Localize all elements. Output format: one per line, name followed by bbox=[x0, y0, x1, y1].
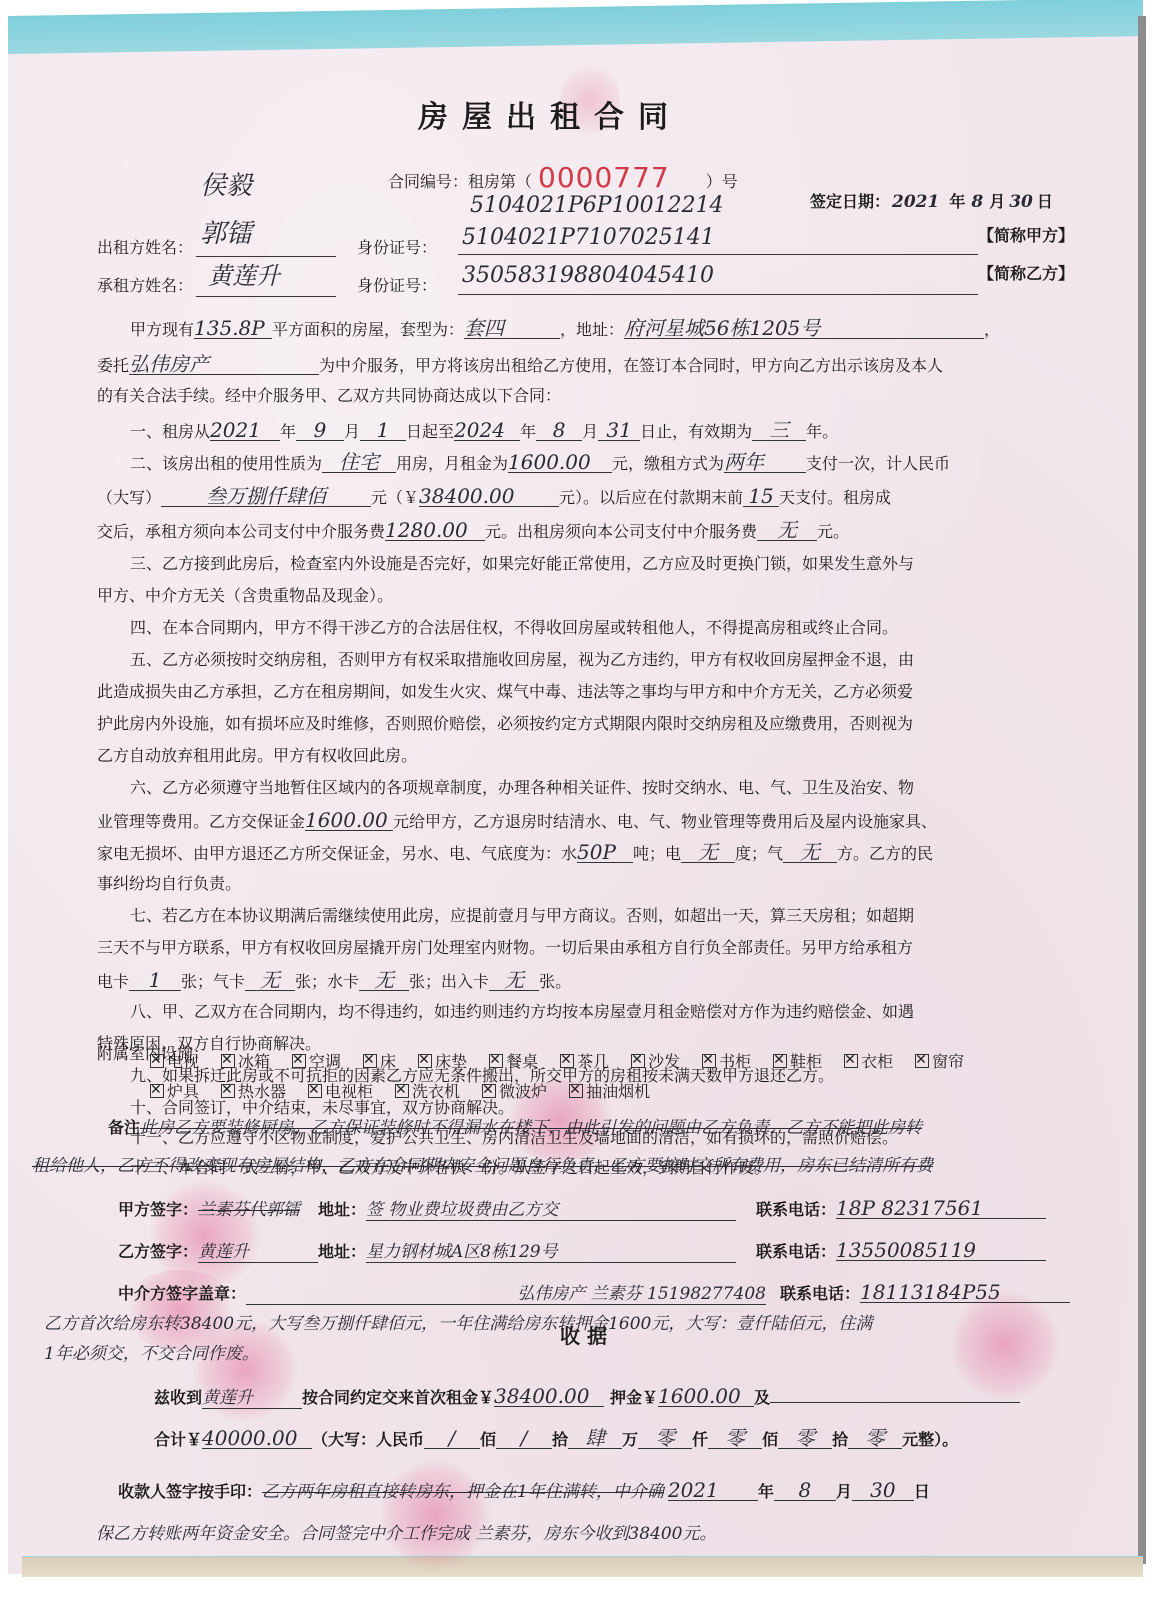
party-a-signature-row: 甲方签字：兰素芬代郭镭地址：签 物业费垃圾费由乙方交联系电话：18P 82317… bbox=[118, 1198, 1046, 1221]
receipt-signer-row: 收款人签字按手印：乙方两年房租直接转房东，押金在1年住满转，中介确2021年8月… bbox=[118, 1480, 930, 1502]
clause-2-line-3: 交后，承租方须向本公司支付中介服务费1280.00元。出租房须向本公司支付中介服… bbox=[97, 520, 849, 542]
receipt-total-row: 合计￥40000.00（大写：人民币/佰/拾肆万零仟零佰零拾零元整）。 bbox=[154, 1428, 958, 1450]
handwritten-id-top: 5104021P6P10012214 bbox=[470, 196, 724, 216]
clause-6-line-2: 业管理等费用。乙方交保证金1600.00元给甲方，乙方退房时结清水、电、气、物业… bbox=[97, 810, 937, 832]
lessee-name-label: 承租方姓名： bbox=[97, 276, 193, 296]
facility-item[interactable]: 窗帘 bbox=[915, 1052, 964, 1072]
checked-box-icon[interactable] bbox=[915, 1054, 929, 1068]
receipt-title: 收 据 bbox=[560, 1326, 607, 1346]
clause-5-line-2: 此造成损失由乙方承担，乙方在租房期间，如发生火灾、煤气中毒、违法等之事均与甲方和… bbox=[97, 682, 913, 702]
facility-item[interactable]: 热水器 bbox=[221, 1082, 286, 1102]
lessor-name: 郭镭 bbox=[200, 224, 252, 244]
facilities-row-2: 炉具热水器电视柜洗衣机微波炉抽油烟机 bbox=[150, 1082, 672, 1102]
facility-item[interactable]: 床垫 bbox=[418, 1052, 467, 1072]
clause-3-line-2: 甲方、中介方无关（含贵重物品及现金）。 bbox=[97, 586, 393, 606]
facility-item[interactable]: 电视 bbox=[150, 1052, 199, 1072]
checked-box-icon[interactable] bbox=[482, 1084, 496, 1098]
handwritten-note-line-2: 1年必须交，不交合同作废。 bbox=[44, 1344, 259, 1364]
property-line-2: 委托弘伟房产为中介服务，甲方将该房出租给乙方使用，在签订本合同时，甲方向乙方出示… bbox=[97, 354, 943, 376]
checked-box-icon[interactable] bbox=[560, 1054, 574, 1068]
lessor-id: 5104021P7107025141 bbox=[462, 228, 715, 248]
facility-item[interactable]: 电视柜 bbox=[308, 1082, 373, 1102]
clause-6-line-3: 家电无损坏、由甲方退还乙方所交保证金，另水、电、气底度为：水50P吨；电无度；气… bbox=[97, 842, 933, 864]
paper-edge-bottom bbox=[22, 1556, 1143, 1577]
clause-7-cards: 电卡1张；气卡无张；水卡无张；出入卡无张。 bbox=[97, 970, 571, 992]
checked-box-icon[interactable] bbox=[569, 1084, 583, 1098]
facility-item[interactable]: 茶几 bbox=[560, 1052, 609, 1072]
clause-6-line-4: 事纠纷均自行负责。 bbox=[97, 874, 241, 894]
agent-signature-row: 中介方签字盖章：弘伟房产 兰素芬 15198277408联系电话：1811318… bbox=[118, 1282, 1070, 1305]
facility-item[interactable]: 沙发 bbox=[631, 1052, 680, 1072]
facility-item[interactable]: 鞋柜 bbox=[773, 1052, 822, 1072]
checked-box-icon[interactable] bbox=[702, 1054, 716, 1068]
property-line-3: 的有关合法手续。经中介服务甲、乙双方共同协商达成以下合同： bbox=[97, 386, 561, 406]
clause-3-line-1: 三、乙方接到此房后，检查室内外设施是否完好，如果完好能正常使用，乙方应及时更换门… bbox=[130, 554, 914, 574]
lessor-name-label: 出租方姓名： bbox=[97, 238, 193, 258]
checked-box-icon[interactable] bbox=[489, 1054, 503, 1068]
facility-item[interactable]: 书柜 bbox=[702, 1052, 751, 1072]
party-b-signature-row: 乙方签字：黄莲升地址：星力钢材城A区8栋129号联系电话：13550085119 bbox=[118, 1240, 1046, 1263]
lessee-id: 350583198804045410 bbox=[462, 266, 714, 286]
handwritten-final-note: 保乙方转账两年资金安全。合同签完中介工作完成 兰素芬，房东今收到38400元。 bbox=[96, 1524, 716, 1544]
facility-item[interactable]: 微波炉 bbox=[482, 1082, 547, 1102]
checked-box-icon[interactable] bbox=[308, 1084, 322, 1098]
facility-item[interactable]: 衣柜 bbox=[844, 1052, 893, 1072]
clause-5-line-4: 乙方自动放弃租用此房。甲方有权收回此房。 bbox=[97, 746, 417, 766]
facility-item[interactable]: 抽油烟机 bbox=[569, 1082, 650, 1102]
checked-box-icon[interactable] bbox=[418, 1054, 432, 1068]
checked-box-icon[interactable] bbox=[221, 1084, 235, 1098]
lessee-alias: 【简称乙方】 bbox=[978, 264, 1074, 284]
clause-4: 四、在本合同期内，甲方不得干涉乙方的合法居住权，不得收回房屋或转租他人，不得提高… bbox=[130, 618, 898, 638]
remarks-line-2: 租给他人，乙方不得改变现有房屋结构，乙方在合同期内安全问题自行负责，乙方要按时交… bbox=[32, 1156, 933, 1176]
facility-item[interactable]: 洗衣机 bbox=[395, 1082, 460, 1102]
remarks-line-1: 备注此房乙方要装修厨房，乙方保证装修时不得漏水在楼下，由此引发的问题由乙方负责，… bbox=[108, 1118, 922, 1138]
checked-box-icon[interactable] bbox=[773, 1054, 787, 1068]
checked-box-icon[interactable] bbox=[292, 1054, 306, 1068]
clause-7-line-2: 三天不与甲方联系，甲方有权收回房屋撬开房门处理室内财物。一切后果由承租方自行负全… bbox=[97, 938, 913, 958]
checked-box-icon[interactable] bbox=[150, 1054, 164, 1068]
lessee-name: 黄莲升 bbox=[208, 266, 280, 286]
paper-edge-right bbox=[1138, 16, 1146, 1564]
clause-2-line-2: （大写）叁万捌仟肆佰元（￥38400.00元）。以后应在付款期末前15天支付。租… bbox=[97, 486, 891, 508]
facilities-row-1: 电视冰箱空调床床垫餐桌茶几沙发书柜鞋柜衣柜窗帘 bbox=[150, 1052, 986, 1072]
lessor-alias: 【简称甲方】 bbox=[978, 226, 1074, 246]
checked-box-icon[interactable] bbox=[221, 1054, 235, 1068]
facility-item[interactable]: 空调 bbox=[292, 1052, 341, 1072]
lessor-id-label: 身份证号： bbox=[357, 238, 437, 258]
clause-8-line-1: 八、甲、乙双方在合同期内，均不得违约，如违约则违约方均按本房屋壹月租金赔偿对方作… bbox=[130, 1002, 914, 1022]
clause-6-line-1: 六、乙方必须遵守当地暂住区域内的各项规章制度，办理各种相关证件、按时交纳水、电、… bbox=[130, 778, 914, 798]
checked-box-icon[interactable] bbox=[844, 1054, 858, 1068]
facility-item[interactable]: 床 bbox=[363, 1052, 396, 1072]
facility-item[interactable]: 冰箱 bbox=[221, 1052, 270, 1072]
handwritten-note-line-1: 乙方首次给房东转38400元，大写叁万捌仟肆佰元，一年住满给房东转押金1600元… bbox=[44, 1314, 872, 1334]
handwritten-name-top: 侯毅 bbox=[200, 176, 252, 196]
clause-7-line-1: 七、若乙方在本协议期满后需继续使用此房，应提前壹月与甲方商议。否则，如超出一天，… bbox=[130, 906, 914, 926]
clause-1: 一、租房从2021年9月1日起至2024年8月31日止，有效期为三年。 bbox=[130, 420, 838, 442]
contract-title: 房屋出租合同 bbox=[418, 100, 682, 136]
sign-date: 签定日期：2021年8月30日 bbox=[810, 192, 1053, 212]
contract-number: 0000777 bbox=[538, 161, 670, 194]
facility-item[interactable]: 炉具 bbox=[150, 1082, 199, 1102]
clause-5-line-3: 护此房内外设施，如有损坏应及时维修，否则照价赔偿，必须按约定方式期限内限时交纳房… bbox=[97, 714, 913, 734]
receipt-received-row: 兹收到黄莲升按合同约定交来首次租金￥38400.00押金￥1600.00及 bbox=[154, 1386, 1020, 1409]
checked-box-icon[interactable] bbox=[363, 1054, 377, 1068]
checked-box-icon[interactable] bbox=[631, 1054, 645, 1068]
checked-box-icon[interactable] bbox=[150, 1084, 164, 1098]
clause-5-line-1: 五、乙方必须按时交纳房租，否则甲方有权采取措施收回房屋，视为乙方违约，甲方有权收… bbox=[130, 650, 914, 670]
facility-item[interactable]: 餐桌 bbox=[489, 1052, 538, 1072]
lessee-id-label: 身份证号： bbox=[357, 276, 437, 296]
checked-box-icon[interactable] bbox=[395, 1084, 409, 1098]
property-line-1: 甲方现有135.8P平方面积的房屋，套型为：套四，地址：府河星城56栋1205号… bbox=[130, 318, 1000, 340]
clause-2-line-1: 二、该房出租的使用性质为住宅用房，月租金为1600.00元，缴租方式为两年支付一… bbox=[130, 452, 950, 474]
contract-no-line: 合同编号：租房第（0000777）号 bbox=[388, 168, 738, 192]
